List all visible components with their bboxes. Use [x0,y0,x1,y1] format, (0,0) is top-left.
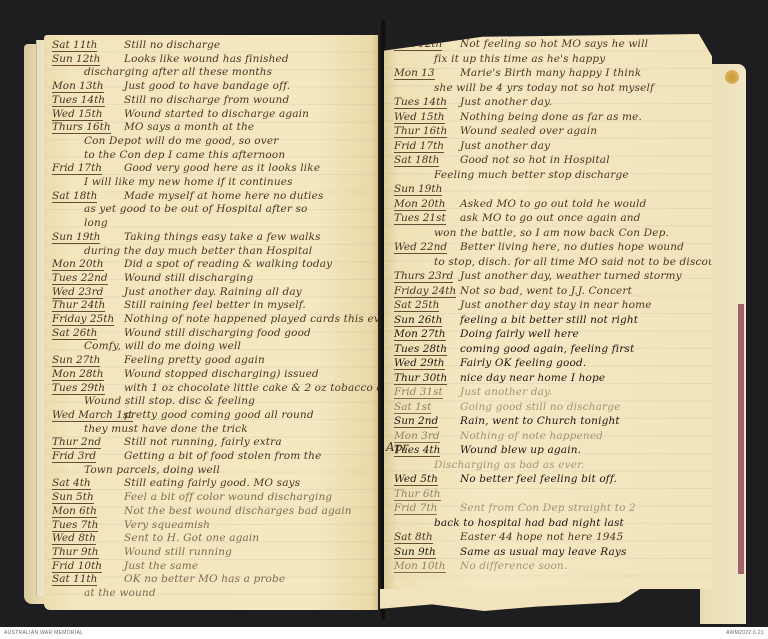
entry-text: Nothing being done as far as me. [460,111,642,123]
entry-date: Sat 25th [394,299,439,312]
entry-text: Not the best wound discharges bad again [124,505,352,517]
entry-text: Wound still stop. disc & feeling [84,395,255,407]
entry-date: Frid 17th [394,140,444,153]
entry-date: Frid 3rd [52,450,96,463]
entry-text: Better living here, no duties hope wound [460,241,684,253]
entry-text: Just the same [124,560,198,572]
entry-date: Wed 23rd [52,286,103,299]
entry-date: Wed 5th [394,473,438,486]
entry-date: Mon 6th [52,505,97,518]
entry-date: Wed 29th [394,357,445,370]
item-id-label: AWM2022.6.21 [726,630,764,636]
entry-text: at the wound [84,587,156,599]
entry-text: Town parcels, doing well [84,464,220,476]
entry-date: Tues 21st [394,212,446,225]
entry-text: feeling a bit better still not right [460,314,638,326]
entry-text: Not feeling so hot MO says he will [460,38,648,50]
entry-text: Still no discharge [124,39,220,51]
entry-text: to the Con dep I came this afternoon [84,149,285,161]
entry-text: with 1 oz chocolate little cake & 2 oz t… [124,382,382,394]
entry-date: Tues 29th [52,382,105,395]
entry-date: Sun 9th [394,546,436,559]
entry-date: Thur 24th [52,299,105,312]
entry-text: Wound still discharging food good [124,327,311,339]
entry-text: Taking things easy take a few walks [124,231,321,243]
entry-text: Wound stopped discharging) issued [124,368,319,380]
entry-date: Sun 5th [52,491,94,504]
entry-date: Sat 26th [52,327,97,340]
entry-date: Sat 18th [52,190,97,203]
entry-date: Frid 31st [394,386,443,399]
entry-text: Did a spot of reading & walking today [124,258,332,270]
entry-text: Fairly OK feeling good. [460,357,586,369]
entry-text: Discharging as bad as ever. [434,459,585,471]
entry-text: Good not so hot in Hospital [460,154,610,166]
entry-date: Sun 26th [394,314,442,327]
entry-date: Sat 4th [52,477,91,490]
entry-text: Made myself at home here no duties [124,190,324,202]
entry-date: Tues 22nd [52,272,108,285]
entry-text: Comfy, will do me doing well [84,340,241,352]
entry-text: Getting a bit of food stolen from the [124,450,321,462]
entry-text: Sent from Con Dep straight to 2 [460,502,636,514]
entry-text: I will like my new home if it continues [84,176,293,188]
entry-date: Friday 24th [394,285,456,298]
entry-text: Feeling pretty good again [124,354,265,366]
entry-text: Con Depot will do me good, so over [84,135,278,147]
entry-date: Wed 22nd [394,241,447,254]
entry-date: Sat 8th [394,531,433,544]
entry-date: Thurs 23rd [394,270,453,283]
entry-date: Frid 10th [52,560,102,573]
entry-text: Very squeamish [124,519,210,531]
rust-stain [725,70,739,84]
cover-edge [738,304,744,574]
entry-date: Wed 15th [394,111,445,124]
entry-text: back to hospital had bad night last [434,517,624,529]
entry-date: Thur 16th [394,125,447,138]
entry-text: fix it up this time as he's happy [434,53,605,65]
entry-text: No difference soon. [460,560,567,572]
entry-date: Mon 13 [394,67,435,80]
entry-text: Still raining feel better in myself. [124,299,306,311]
entry-text: Nothing of note happened played cards th… [124,313,382,325]
diary-page-right: Sun 12thNot feeling so hot MO says he wi… [384,34,712,589]
entry-date: Mon 20th [394,198,446,211]
entry-text: Looks like wound has finished [124,53,289,65]
entry-date: Tues 14th [394,96,447,109]
entry-text: Wound started to discharge again [124,108,309,120]
entry-text: Rain, went to Church tonight [460,415,620,427]
entry-date: Frid 7th [394,502,437,515]
entry-date: Sat 18th [394,154,439,167]
entry-text: OK no better MO has a probe [124,573,285,585]
entry-date: Sun 19th [394,183,442,196]
entry-text: Sent to H. Got one again [124,532,259,544]
entry-text: Wound sealed over again [460,125,597,137]
entry-text: Feel a bit off color wound discharging [124,491,332,503]
entry-text: pretty good coming good all round [124,409,314,421]
entry-text: Good very good here as it looks like [124,162,320,174]
entry-text: Just another day stay in near home [460,299,652,311]
entry-text: Going good still no discharge [460,401,620,413]
entry-date: Mon 28th [52,368,104,381]
entry-date: Thurs 16th [52,121,111,134]
entry-date: Sun 19th [52,231,100,244]
entry-date: Mon 10th [394,560,446,573]
entry-text: coming good again, feeling first [460,343,634,355]
entry-text: discharging after all these months [84,66,272,78]
entry-text: nice day near home I hope [460,372,605,384]
entry-text: Just another day, weather turned stormy [460,270,682,282]
archive-footer: AUSTRALIAN WAR MEMORIAL AWM2022.6.21 [0,627,768,639]
entry-text: Wound blew up again. [460,444,581,456]
entry-date: Sun 2nd [394,415,438,428]
margin-note: Apr [386,440,408,454]
entry-text: Feeling much better stop discharge [434,169,629,181]
entry-text: Just another day. Raining all day [124,286,302,298]
entry-text: to stop, disch. for all time MO said not… [434,256,712,268]
entry-date: Sat 1st [394,401,431,414]
entry-date: Frid 17th [52,162,102,175]
diary-page-left: Sat 11thStill no dischargeSun 12thLooks … [44,35,382,610]
diary-entry: at the wound [44,587,382,604]
entry-date: Mon 13th [52,80,104,93]
entry-text: Still not running, fairly extra [124,436,282,448]
entry-text: Just another day. [460,96,552,108]
entry-text: Nothing of note happened [460,430,603,442]
entry-text: during the day much better than Hospital [84,245,312,257]
entry-text: she will be 4 yrs today not so hot mysel… [434,82,654,94]
diary-entry: Mon 10thNo difference soon. [384,560,712,577]
entry-date: Friday 25th [52,313,114,326]
entry-date: Wed 15th [52,108,103,121]
entry-date: Thur 30th [394,372,447,385]
entry-date: Sat 11th [52,573,97,586]
entry-text: Easter 44 hope not here 1945 [460,531,623,543]
entry-text: Doing fairly well here [460,328,579,340]
entry-text: they must have done the trick [84,423,248,435]
entry-text: ask MO to go out once again and [460,212,641,224]
entry-date: Tues 28th [394,343,447,356]
entry-text: Just another day [460,140,550,152]
entry-text: Asked MO to go out told he would [460,198,646,210]
entry-date: Tues 14th [52,94,105,107]
entry-text: Still no discharge from wound [124,94,289,106]
entry-text: Same as usual may leave Rays [460,546,627,558]
entry-date: Thur 2nd [52,436,101,449]
institution-label: AUSTRALIAN WAR MEMORIAL [4,630,83,636]
entry-text: Marie's Birth many happy I think [460,67,641,79]
entry-date: Sun 27th [52,354,100,367]
entry-text: Wound still running [124,546,232,558]
entry-date: Mon 20th [52,258,104,271]
entry-date: Wed March 1st [52,409,133,422]
entry-text: long [84,217,108,229]
entry-text: Just another day. [460,386,552,398]
entry-text: as yet good to be out of Hospital after … [84,203,308,215]
entry-text: No better feel feeling bit off. [460,473,617,485]
entry-text: Still eating fairly good. MO says [124,477,300,489]
entry-date: Thur 9th [52,546,99,559]
entry-date: Sun 12th [52,53,100,66]
entry-date: Sat 11th [52,39,97,52]
entry-text: won the battle, so I am now back Con Dep… [434,227,669,239]
entry-date: Mon 27th [394,328,446,341]
entry-date: Thur 6th [394,488,441,501]
entry-text: Wound still discharging [124,272,253,284]
entry-text: Not so bad, went to J.J. Concert [460,285,632,297]
entry-text: Just good to have bandage off. [124,80,290,92]
entry-date: Wed 8th [52,532,96,545]
entry-text: MO says a month at the [124,121,254,133]
entry-date: Tues 7th [52,519,98,532]
